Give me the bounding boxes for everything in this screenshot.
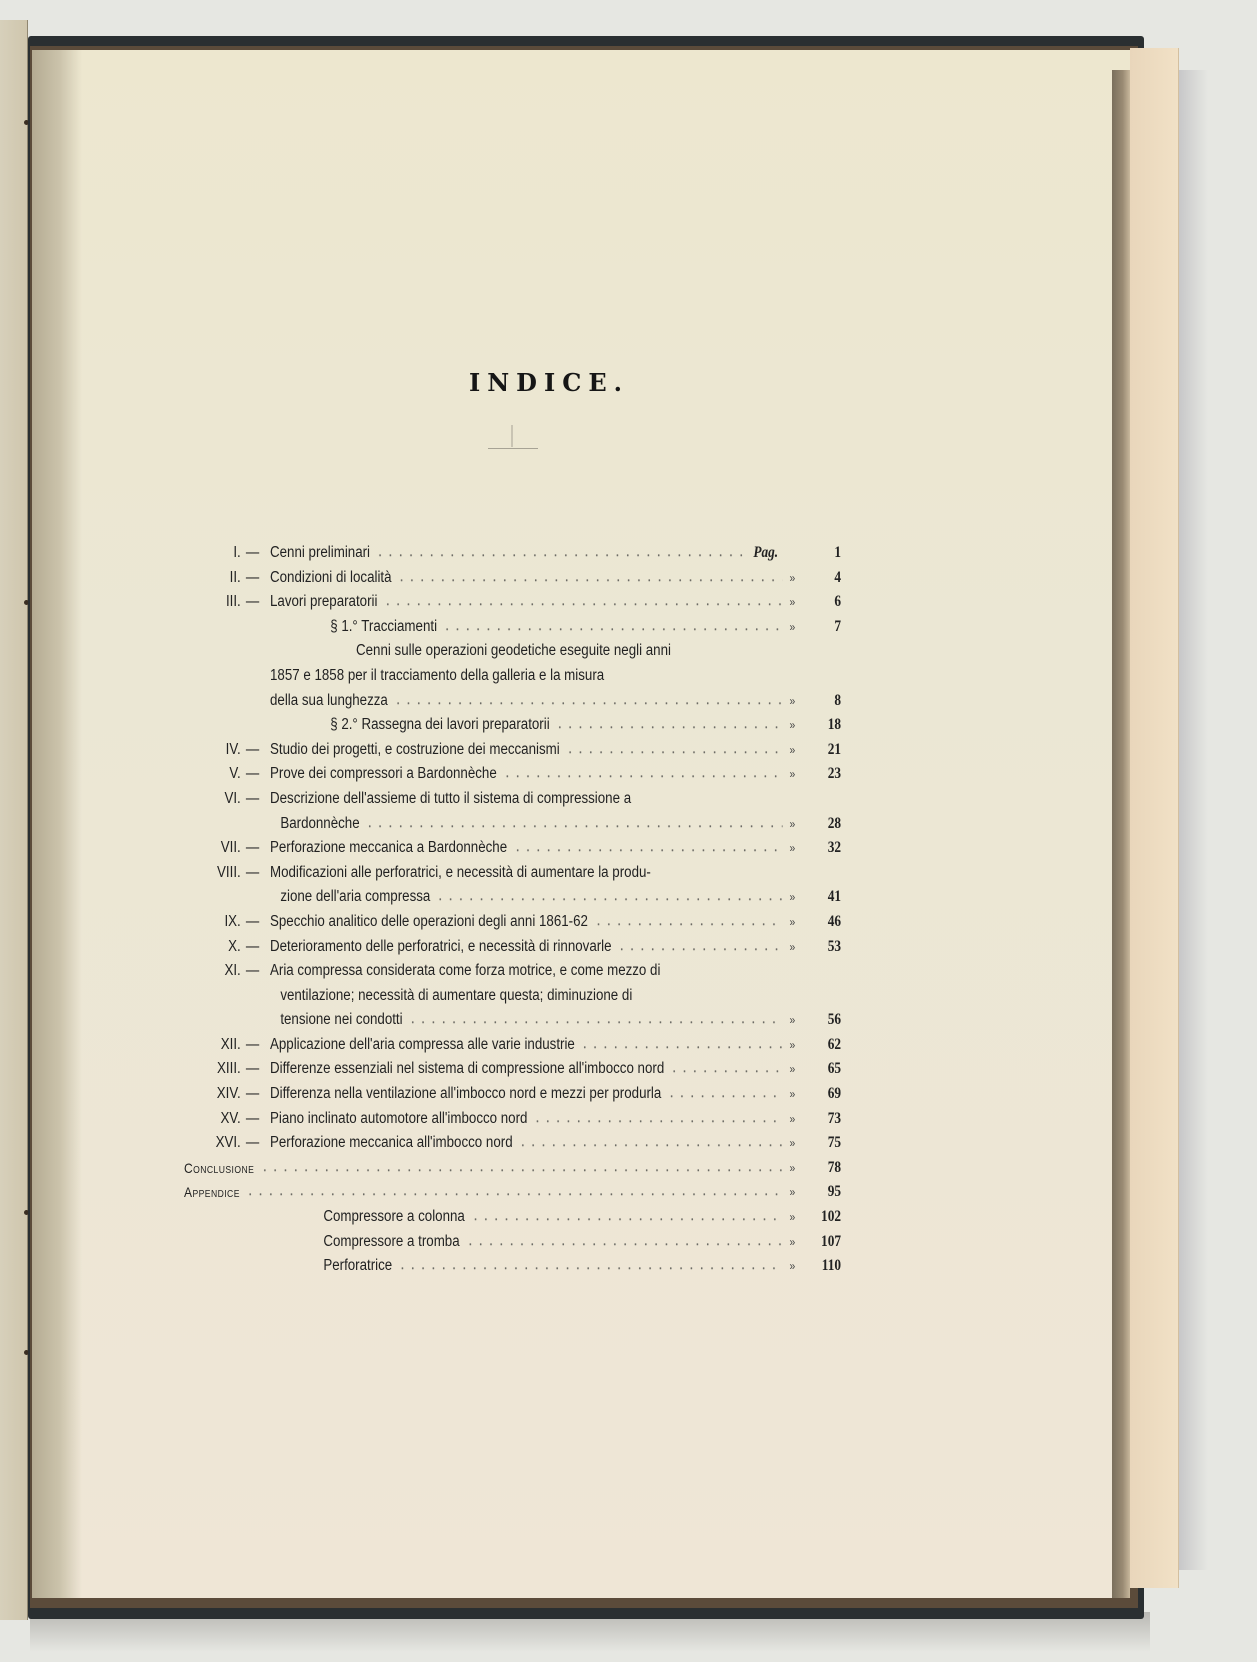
page-number: 6 — [801, 590, 841, 615]
entry-title: Lavori preparatorii — [270, 590, 377, 615]
left-page-edge — [0, 20, 28, 1620]
em-dash: — — [246, 910, 259, 935]
entry-title: Deterioramento delle perforatrici, e nec… — [270, 935, 612, 960]
page-number: 41 — [801, 885, 841, 910]
ornament-icon — [511, 425, 513, 447]
dot-leader — [259, 1156, 782, 1181]
entry-title: Applicazione dell'aria compressa alle va… — [270, 1033, 575, 1058]
toc-entry: XV.—Piano inclinato automotore all'imboc… — [184, 1107, 844, 1132]
em-dash: — — [246, 861, 259, 886]
ditto-mark: » — [789, 615, 795, 640]
toc-entry: zione dell'aria compressa»41 — [184, 885, 844, 910]
toc-entry: XI.—Aria compressa considerata come forz… — [184, 959, 844, 984]
page-number: 46 — [801, 910, 841, 935]
em-dash: — — [246, 959, 259, 984]
dot-leader — [408, 1008, 783, 1033]
toc-entry: XIV.—Differenza nella ventilazione all'i… — [184, 1082, 844, 1107]
ditto-mark: » — [789, 1057, 795, 1082]
toc-entry: IV.—Studio dei progetti, e costruzione d… — [184, 738, 844, 763]
chapter-numeral: XI. — [184, 959, 241, 984]
ditto-mark: » — [789, 1230, 795, 1255]
chapter-numeral: III. — [184, 590, 241, 615]
entry-title: § 2.° Rassegna dei lavori preparatorii — [330, 713, 549, 738]
toc-entry: Cenni sulle operazioni geodetiche esegui… — [184, 639, 844, 664]
entry-title: Specchio analitico delle operazioni degl… — [270, 910, 588, 935]
ditto-mark: » — [789, 1082, 795, 1107]
toc-entry: XIII.—Differenze essenziali nel sistema … — [184, 1057, 844, 1082]
toc-entry: VII.—Perforazione meccanica a Bardonnèch… — [184, 836, 844, 861]
toc-entry: tensione nei condotti»56 — [184, 1008, 844, 1033]
dot-leader — [617, 935, 783, 960]
page-number: 56 — [801, 1008, 841, 1033]
ditto-mark: » — [789, 836, 795, 861]
toc-entry: XII.—Applicazione dell'aria compressa al… — [184, 1033, 844, 1058]
entry-title: Modificazioni alle perforatrici, e neces… — [270, 861, 651, 886]
page-number: 7 — [801, 615, 841, 640]
em-dash: — — [246, 541, 259, 566]
entry-title: ventilazione; necessità di aumentare que… — [280, 984, 632, 1009]
em-dash: — — [246, 762, 259, 787]
entry-title: zione dell'aria compressa — [280, 885, 430, 910]
page-number: 75 — [801, 1131, 841, 1156]
chapter-numeral: X. — [184, 935, 241, 960]
entry-title: Appendice — [184, 1180, 240, 1205]
toc-entry: II.—Condizioni di località»4 — [184, 566, 844, 591]
entry-title: della sua lunghezza — [270, 689, 388, 714]
page-number: 107 — [801, 1230, 841, 1255]
entry-title: Compressore a colonna — [323, 1205, 465, 1230]
toc-entry: Compressore a colonna»102 — [184, 1205, 844, 1230]
dot-leader — [512, 836, 782, 861]
ditto-mark: » — [789, 1205, 795, 1230]
entry-title: Differenze essenziali nel sistema di com… — [270, 1057, 664, 1082]
dot-leader — [397, 1254, 782, 1279]
ditto-mark: » — [789, 1254, 795, 1279]
entry-title: Perforatrice — [323, 1254, 392, 1279]
dot-leader — [393, 689, 783, 714]
ditto-mark: » — [789, 1107, 795, 1132]
toc-entry: X.—Deterioramento delle perforatrici, e … — [184, 935, 844, 960]
chapter-numeral: XV. — [184, 1107, 241, 1132]
chapter-numeral: VI. — [184, 787, 241, 812]
page-fore-edge — [1112, 70, 1130, 1598]
dot-leader — [375, 541, 746, 566]
dot-leader — [435, 885, 782, 910]
dot-leader — [397, 566, 783, 591]
ditto-mark: » — [789, 566, 795, 591]
entry-title: Prove dei compressori a Bardonnèche — [270, 762, 497, 787]
em-dash: — — [246, 738, 259, 763]
entry-title: Compressore a tromba — [323, 1230, 459, 1255]
ditto-mark: » — [789, 738, 795, 763]
ditto-mark: » — [789, 762, 795, 787]
em-dash: — — [246, 787, 259, 812]
toc-entry: della sua lunghezza»8 — [184, 689, 844, 714]
em-dash: — — [246, 1082, 259, 1107]
em-dash: — — [246, 1107, 259, 1132]
toc-entry: XVI.—Perforazione meccanica all'imbocco … — [184, 1131, 844, 1156]
toc-entry: I.—Cenni preliminariPag.1 — [184, 541, 844, 566]
em-dash: — — [246, 1057, 259, 1082]
entry-title: tensione nei condotti — [280, 1008, 402, 1033]
em-dash: — — [246, 935, 259, 960]
page-number: 32 — [801, 836, 841, 861]
dot-leader — [518, 1131, 783, 1156]
gutter-shadow — [32, 50, 82, 1598]
chapter-numeral: VIII. — [184, 861, 241, 886]
dot-leader — [580, 1033, 783, 1058]
chapter-numeral: XVI. — [184, 1131, 241, 1156]
ditto-mark: » — [789, 812, 795, 837]
toc-entry: Compressore a tromba»107 — [184, 1230, 844, 1255]
page-number: 4 — [801, 566, 841, 591]
chapter-numeral: XIII. — [184, 1057, 241, 1082]
ditto-mark: » — [789, 689, 795, 714]
dot-leader — [502, 762, 783, 787]
chapter-numeral: II. — [184, 566, 241, 591]
entry-title: Cenni preliminari — [270, 541, 370, 566]
dot-leader — [593, 910, 782, 935]
page-number: 69 — [801, 1082, 841, 1107]
dot-leader — [245, 1180, 783, 1205]
dot-leader — [666, 1082, 782, 1107]
page-number: 73 — [801, 1107, 841, 1132]
page-number: 62 — [801, 1033, 841, 1058]
chapter-numeral: IX. — [184, 910, 241, 935]
ditto-mark: » — [789, 910, 795, 935]
ditto-mark: » — [789, 1131, 795, 1156]
chapter-numeral: V. — [184, 762, 241, 787]
chapter-numeral: I. — [184, 541, 241, 566]
page-number: 95 — [801, 1180, 841, 1205]
chapter-numeral: IV. — [184, 738, 241, 763]
dot-leader — [669, 1057, 782, 1082]
toc-entry: Perforatrice»110 — [184, 1254, 844, 1279]
entry-title: Perforazione meccanica all'imbocco nord — [270, 1131, 513, 1156]
toc-entry: V.—Prove dei compressori a Bardonnèche»2… — [184, 762, 844, 787]
ditto-mark: » — [789, 1033, 795, 1058]
dot-leader — [565, 738, 783, 763]
page-title: INDICE. — [32, 368, 1066, 397]
toc-entry: IX.—Specchio analitico delle operazioni … — [184, 910, 844, 935]
toc-entry: VI.—Descrizione dell'assieme di tutto il… — [184, 787, 844, 812]
ditto-mark: » — [789, 1180, 795, 1205]
chapter-numeral: XIV. — [184, 1082, 241, 1107]
entry-title: § 1.° Tracciamenti — [330, 615, 437, 640]
entry-title: Piano inclinato automotore all'imbocco n… — [270, 1107, 527, 1132]
em-dash: — — [246, 836, 259, 861]
chapter-numeral: XII. — [184, 1033, 241, 1058]
toc-entry: ventilazione; necessità di aumentare que… — [184, 984, 844, 1009]
dot-leader — [442, 615, 782, 640]
page-label: Pag. — [753, 541, 778, 566]
toc-entry: VIII.—Modificazioni alle perforatrici, e… — [184, 861, 844, 886]
em-dash: — — [246, 1131, 259, 1156]
entry-title: Aria compressa considerata come forza mo… — [270, 959, 660, 984]
page-number: 110 — [801, 1254, 841, 1279]
page-number: 78 — [801, 1156, 841, 1181]
dot-leader — [383, 590, 783, 615]
toc-entry: Bardonnèche»28 — [184, 812, 844, 837]
ditto-mark: » — [789, 885, 795, 910]
em-dash: — — [246, 590, 259, 615]
page-number: 53 — [801, 935, 841, 960]
entry-title: Descrizione dell'assieme di tutto il sis… — [270, 787, 631, 812]
page-number: 102 — [801, 1205, 841, 1230]
toc-entry: § 1.° Tracciamenti»7 — [184, 615, 844, 640]
page-number: 21 — [801, 738, 841, 763]
em-dash: — — [246, 566, 259, 591]
entry-title: Perforazione meccanica a Bardonnèche — [270, 836, 507, 861]
chapter-numeral: VII. — [184, 836, 241, 861]
ditto-mark: » — [789, 590, 795, 615]
dot-leader — [365, 812, 783, 837]
entry-title: Conclusione — [184, 1156, 254, 1181]
toc-entry: § 2.° Rassegna dei lavori preparatorii»1… — [184, 713, 844, 738]
entry-title: Differenza nella ventilazione all'imbocc… — [270, 1082, 661, 1107]
page-number: 65 — [801, 1057, 841, 1082]
toc-entry: III.—Lavori preparatorii»6 — [184, 590, 844, 615]
entry-title: Condizioni di località — [270, 566, 392, 591]
page-number: 18 — [801, 713, 841, 738]
em-dash: — — [246, 1033, 259, 1058]
back-page-edge — [1130, 48, 1179, 1588]
dot-leader — [465, 1230, 783, 1255]
page-number: 28 — [801, 812, 841, 837]
toc-entry: 1857 e 1858 per il tracciamento della ga… — [184, 664, 844, 689]
entry-title: Bardonnèche — [280, 812, 359, 837]
page-number: 1 — [801, 541, 841, 566]
title-rule — [488, 448, 538, 449]
toc-entry: Conclusione»78 — [184, 1156, 844, 1181]
entry-title: 1857 e 1858 per il tracciamento della ga… — [270, 664, 604, 689]
page-number: 8 — [801, 689, 841, 714]
ditto-mark: » — [789, 1156, 795, 1181]
dot-leader — [533, 1107, 783, 1132]
ditto-mark: » — [789, 1008, 795, 1033]
entry-title: Studio dei progetti, e costruzione dei m… — [270, 738, 560, 763]
table-of-contents: I.—Cenni preliminariPag.1II.—Condizioni … — [184, 541, 844, 1279]
ditto-mark: » — [789, 935, 795, 960]
entry-title: Cenni sulle operazioni geodetiche esegui… — [356, 639, 671, 664]
dot-leader — [555, 713, 783, 738]
dot-leader — [470, 1205, 783, 1230]
toc-entry: Appendice»95 — [184, 1180, 844, 1205]
ditto-mark: » — [789, 713, 795, 738]
page-number: 23 — [801, 762, 841, 787]
